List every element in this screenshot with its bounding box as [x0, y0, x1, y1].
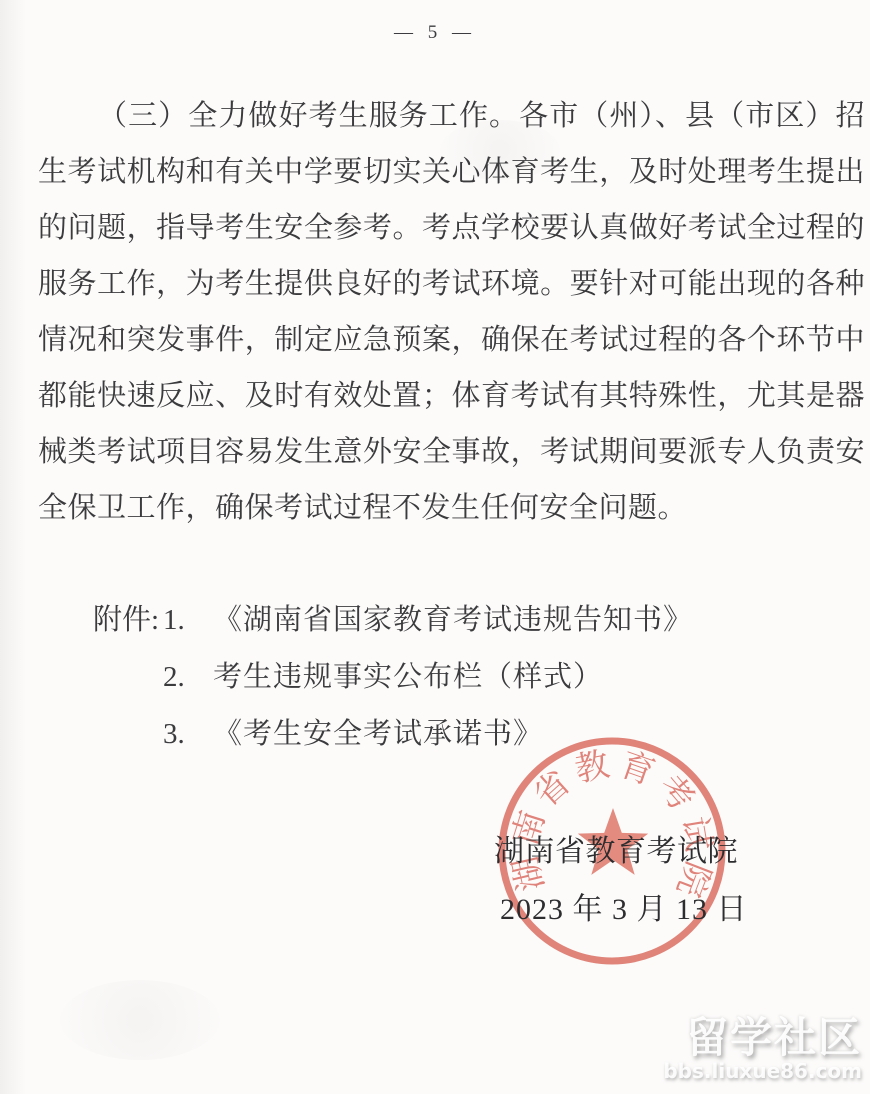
paragraph-line: 情况和突发事件，制定应急预案，确保在考试过程的各个环节中	[38, 312, 865, 368]
watermark: 留学社区 bbs.liuxue86.com	[663, 1017, 862, 1082]
scan-blot	[60, 980, 220, 1060]
paragraph-line: 服务工作，为考生提供良好的考试环境。要针对可能出现的各种	[38, 256, 865, 312]
attachment-number: 2.	[163, 649, 213, 706]
paragraph-line: 生考试机构和有关中学要切实关心体育考生，及时处理考生提出	[38, 144, 865, 200]
attachments-label: 附件:	[93, 592, 163, 649]
attachment-title: 考生违规事实公布栏（样式）	[213, 649, 603, 706]
attachment-row: 2. 考生违规事实公布栏（样式）	[93, 649, 693, 706]
attachments-label-spacer	[93, 649, 163, 706]
attachment-number: 3.	[163, 706, 213, 763]
paragraph-line: 全保卫工作，确保考试过程不发生任何安全问题。	[38, 480, 865, 536]
watermark-title: 留学社区	[663, 1017, 862, 1059]
body-paragraph: （三）全力做好考生服务工作。各市（州）、县（市区）招 生考试机构和有关中学要切实…	[38, 88, 865, 536]
scan-edge-shading	[0, 0, 26, 1094]
paragraph-line: 械类考试项目容易发生意外安全事故，考试期间要派专人负责安	[38, 424, 865, 480]
paragraph-line: 的问题，指导考生安全参考。考点学校要认真做好考试全过程的	[38, 200, 865, 256]
attachment-number: 1.	[163, 592, 213, 649]
paragraph-line: （三）全力做好考生服务工作。各市（州）、县（市区）招	[38, 88, 865, 144]
attachment-title: 《湖南省国家教育考试违规告知书》	[213, 592, 693, 649]
attachments-label-spacer	[93, 706, 163, 763]
signature-organization: 湖南省教育考试院	[494, 826, 738, 870]
document-page: — 5 — （三）全力做好考生服务工作。各市（州）、县（市区）招 生考试机构和有…	[0, 0, 870, 1094]
page-number: — 5 —	[0, 22, 870, 44]
watermark-url: bbs.liuxue86.com	[663, 1060, 862, 1082]
signature-date: 2023 年 3 月 13 日	[500, 884, 748, 928]
attachment-row: 附件: 1. 《湖南省国家教育考试违规告知书》	[93, 592, 693, 649]
paragraph-line: 都能快速反应、及时有效处置；体育考试有其特殊性，尤其是器	[38, 368, 865, 424]
